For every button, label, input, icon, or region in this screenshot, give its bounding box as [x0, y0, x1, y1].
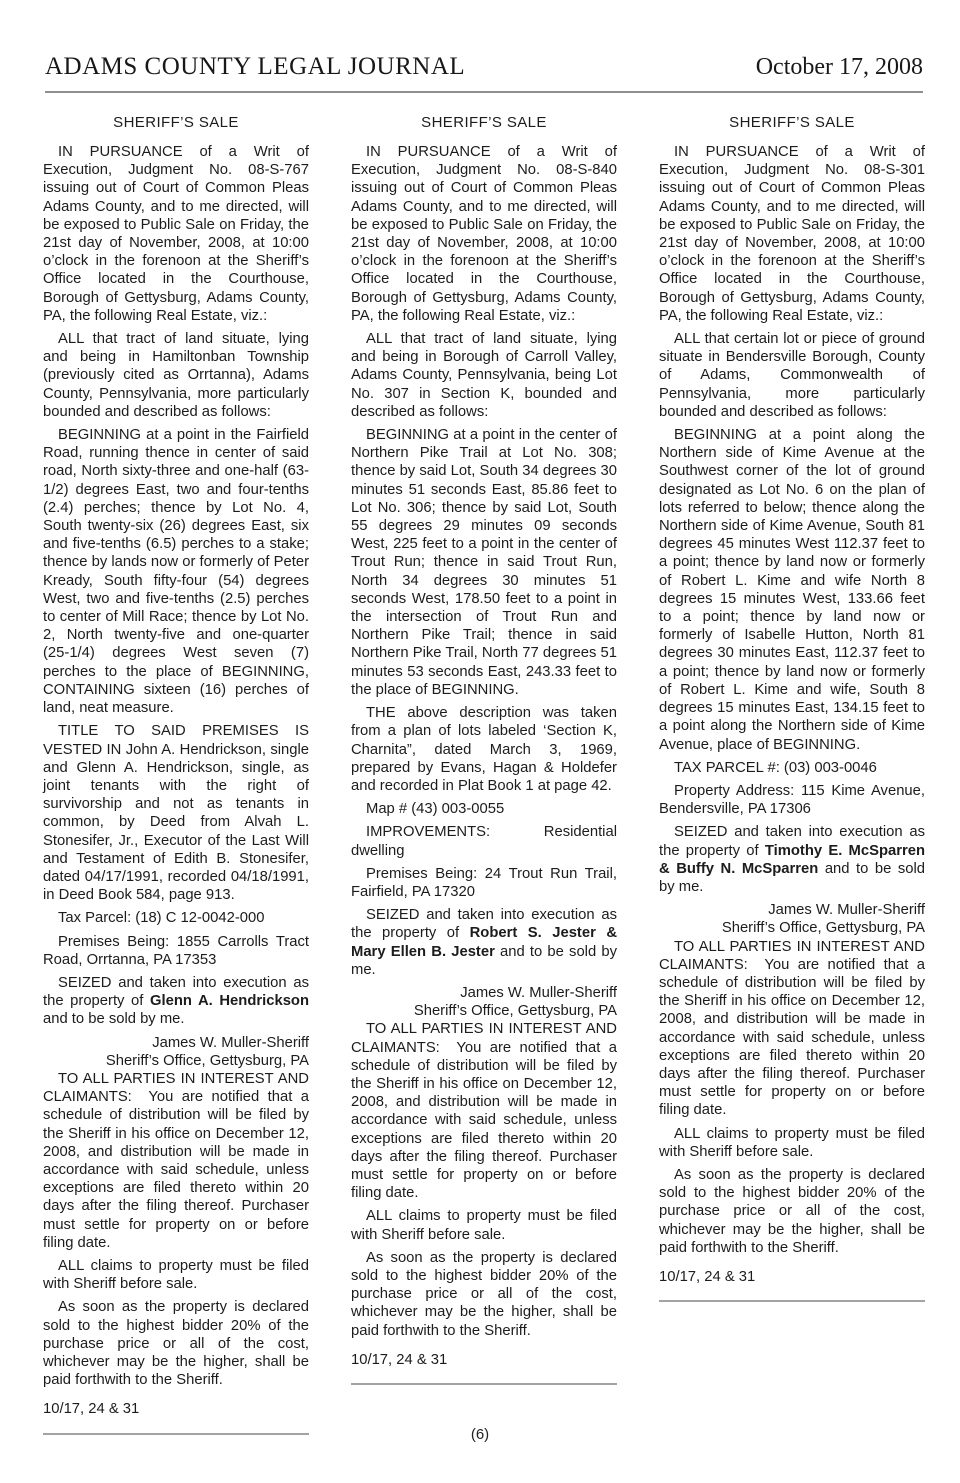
- improvements: IMPROVEMENTS: Residential dwelling: [351, 823, 617, 859]
- sheriff-office-line: Sheriff’s Office, Gettysburg, PA: [43, 1052, 309, 1070]
- property-description: ALL that certain lot or piece of ground …: [659, 330, 925, 421]
- notice-heading: SHERIFF’S SALE: [351, 114, 617, 132]
- pursuance-paragraph: IN PURSUANCE of a Writ of Execution, Jud…: [351, 143, 617, 325]
- notice-column-3: SHERIFF’S SALEIN PURSUANCE of a Writ of …: [659, 114, 925, 1435]
- claims-notice: ALL claims to property must be filed wit…: [351, 1207, 617, 1243]
- claims-notice: ALL claims to property must be filed wit…: [659, 1125, 925, 1161]
- sheriff-signature: James W. Muller-Sheriff: [351, 984, 617, 1002]
- legal-journal-page: ADAMS COUNTY LEGAL JOURNAL October 17, 2…: [0, 0, 960, 1483]
- premises-being: Premises Being: 24 Trout Run Trail, Fair…: [351, 865, 617, 901]
- property-description: ALL that tract of land situate, lying an…: [43, 330, 309, 421]
- payment-terms: As soon as the property is declared sold…: [351, 1249, 617, 1340]
- notice-to-parties: TO ALL PARTIES IN INTEREST AND CLAIMANTS…: [659, 938, 925, 1120]
- plan-reference: THE above description was taken from a p…: [351, 704, 617, 795]
- page-number: (6): [0, 1426, 960, 1443]
- property-address: Property Address: 115 Kime Avenue, Bende…: [659, 782, 925, 818]
- issue-date: October 17, 2008: [756, 55, 923, 79]
- seized-paragraph: SEIZED and taken into execution as the p…: [659, 823, 925, 896]
- masthead: ADAMS COUNTY LEGAL JOURNAL October 17, 2…: [0, 0, 960, 79]
- sheriff-signature: James W. Muller-Sheriff: [43, 1034, 309, 1052]
- payment-terms: As soon as the property is declared sold…: [659, 1166, 925, 1257]
- journal-title: ADAMS COUNTY LEGAL JOURNAL: [45, 54, 465, 79]
- pursuance-paragraph: IN PURSUANCE of a Writ of Execution, Jud…: [43, 143, 309, 325]
- payment-terms: As soon as the property is declared sold…: [43, 1298, 309, 1389]
- notice-heading: SHERIFF’S SALE: [659, 114, 925, 132]
- claims-notice: ALL claims to property must be filed wit…: [43, 1257, 309, 1293]
- beginning-description: BEGINNING at a point in the Fairfield Ro…: [43, 426, 309, 717]
- tax-parcel: Tax Parcel: (18) C 12-0042-000: [43, 909, 309, 927]
- notice-column-2: SHERIFF’S SALEIN PURSUANCE of a Writ of …: [351, 114, 617, 1435]
- sheriff-office-line: Sheriff’s Office, Gettysburg, PA: [351, 1002, 617, 1020]
- notice-heading: SHERIFF’S SALE: [43, 114, 309, 132]
- map-number: Map # (43) 003-0055: [351, 800, 617, 818]
- tax-parcel: TAX PARCEL #: (03) 003-0046: [659, 759, 925, 777]
- premises-being: Premises Being: 1855 Carrolls Tract Road…: [43, 933, 309, 969]
- publication-dates: 10/17, 24 & 31: [351, 1351, 617, 1369]
- beginning-description: BEGINNING at a point along the Northern …: [659, 426, 925, 754]
- seized-paragraph: SEIZED and taken into execution as the p…: [351, 906, 617, 979]
- sheriff-signature: James W. Muller-Sheriff: [659, 901, 925, 919]
- notice-columns: SHERIFF’S SALEIN PURSUANCE of a Writ of …: [0, 93, 960, 1435]
- notice-column-1: SHERIFF’S SALEIN PURSUANCE of a Writ of …: [43, 114, 309, 1435]
- pursuance-paragraph: IN PURSUANCE of a Writ of Execution, Jud…: [659, 143, 925, 325]
- notice-to-parties: TO ALL PARTIES IN INTEREST AND CLAIMANTS…: [351, 1020, 617, 1202]
- beginning-description: BEGINNING at a point in the center of No…: [351, 426, 617, 699]
- notice-end-rule: [351, 1383, 617, 1385]
- title-vesting: TITLE TO SAID PREMISES IS VESTED IN John…: [43, 722, 309, 904]
- seized-paragraph: SEIZED and taken into execution as the p…: [43, 974, 309, 1029]
- property-description: ALL that tract of land situate, lying an…: [351, 330, 617, 421]
- sheriff-office-line: Sheriff’s Office, Gettysburg, PA: [659, 919, 925, 937]
- defendant-name: Glenn A. Hendrickson: [150, 993, 309, 1009]
- notice-to-parties: TO ALL PARTIES IN INTEREST AND CLAIMANTS…: [43, 1070, 309, 1252]
- publication-dates: 10/17, 24 & 31: [43, 1400, 309, 1418]
- notice-end-rule: [659, 1300, 925, 1302]
- publication-dates: 10/17, 24 & 31: [659, 1268, 925, 1286]
